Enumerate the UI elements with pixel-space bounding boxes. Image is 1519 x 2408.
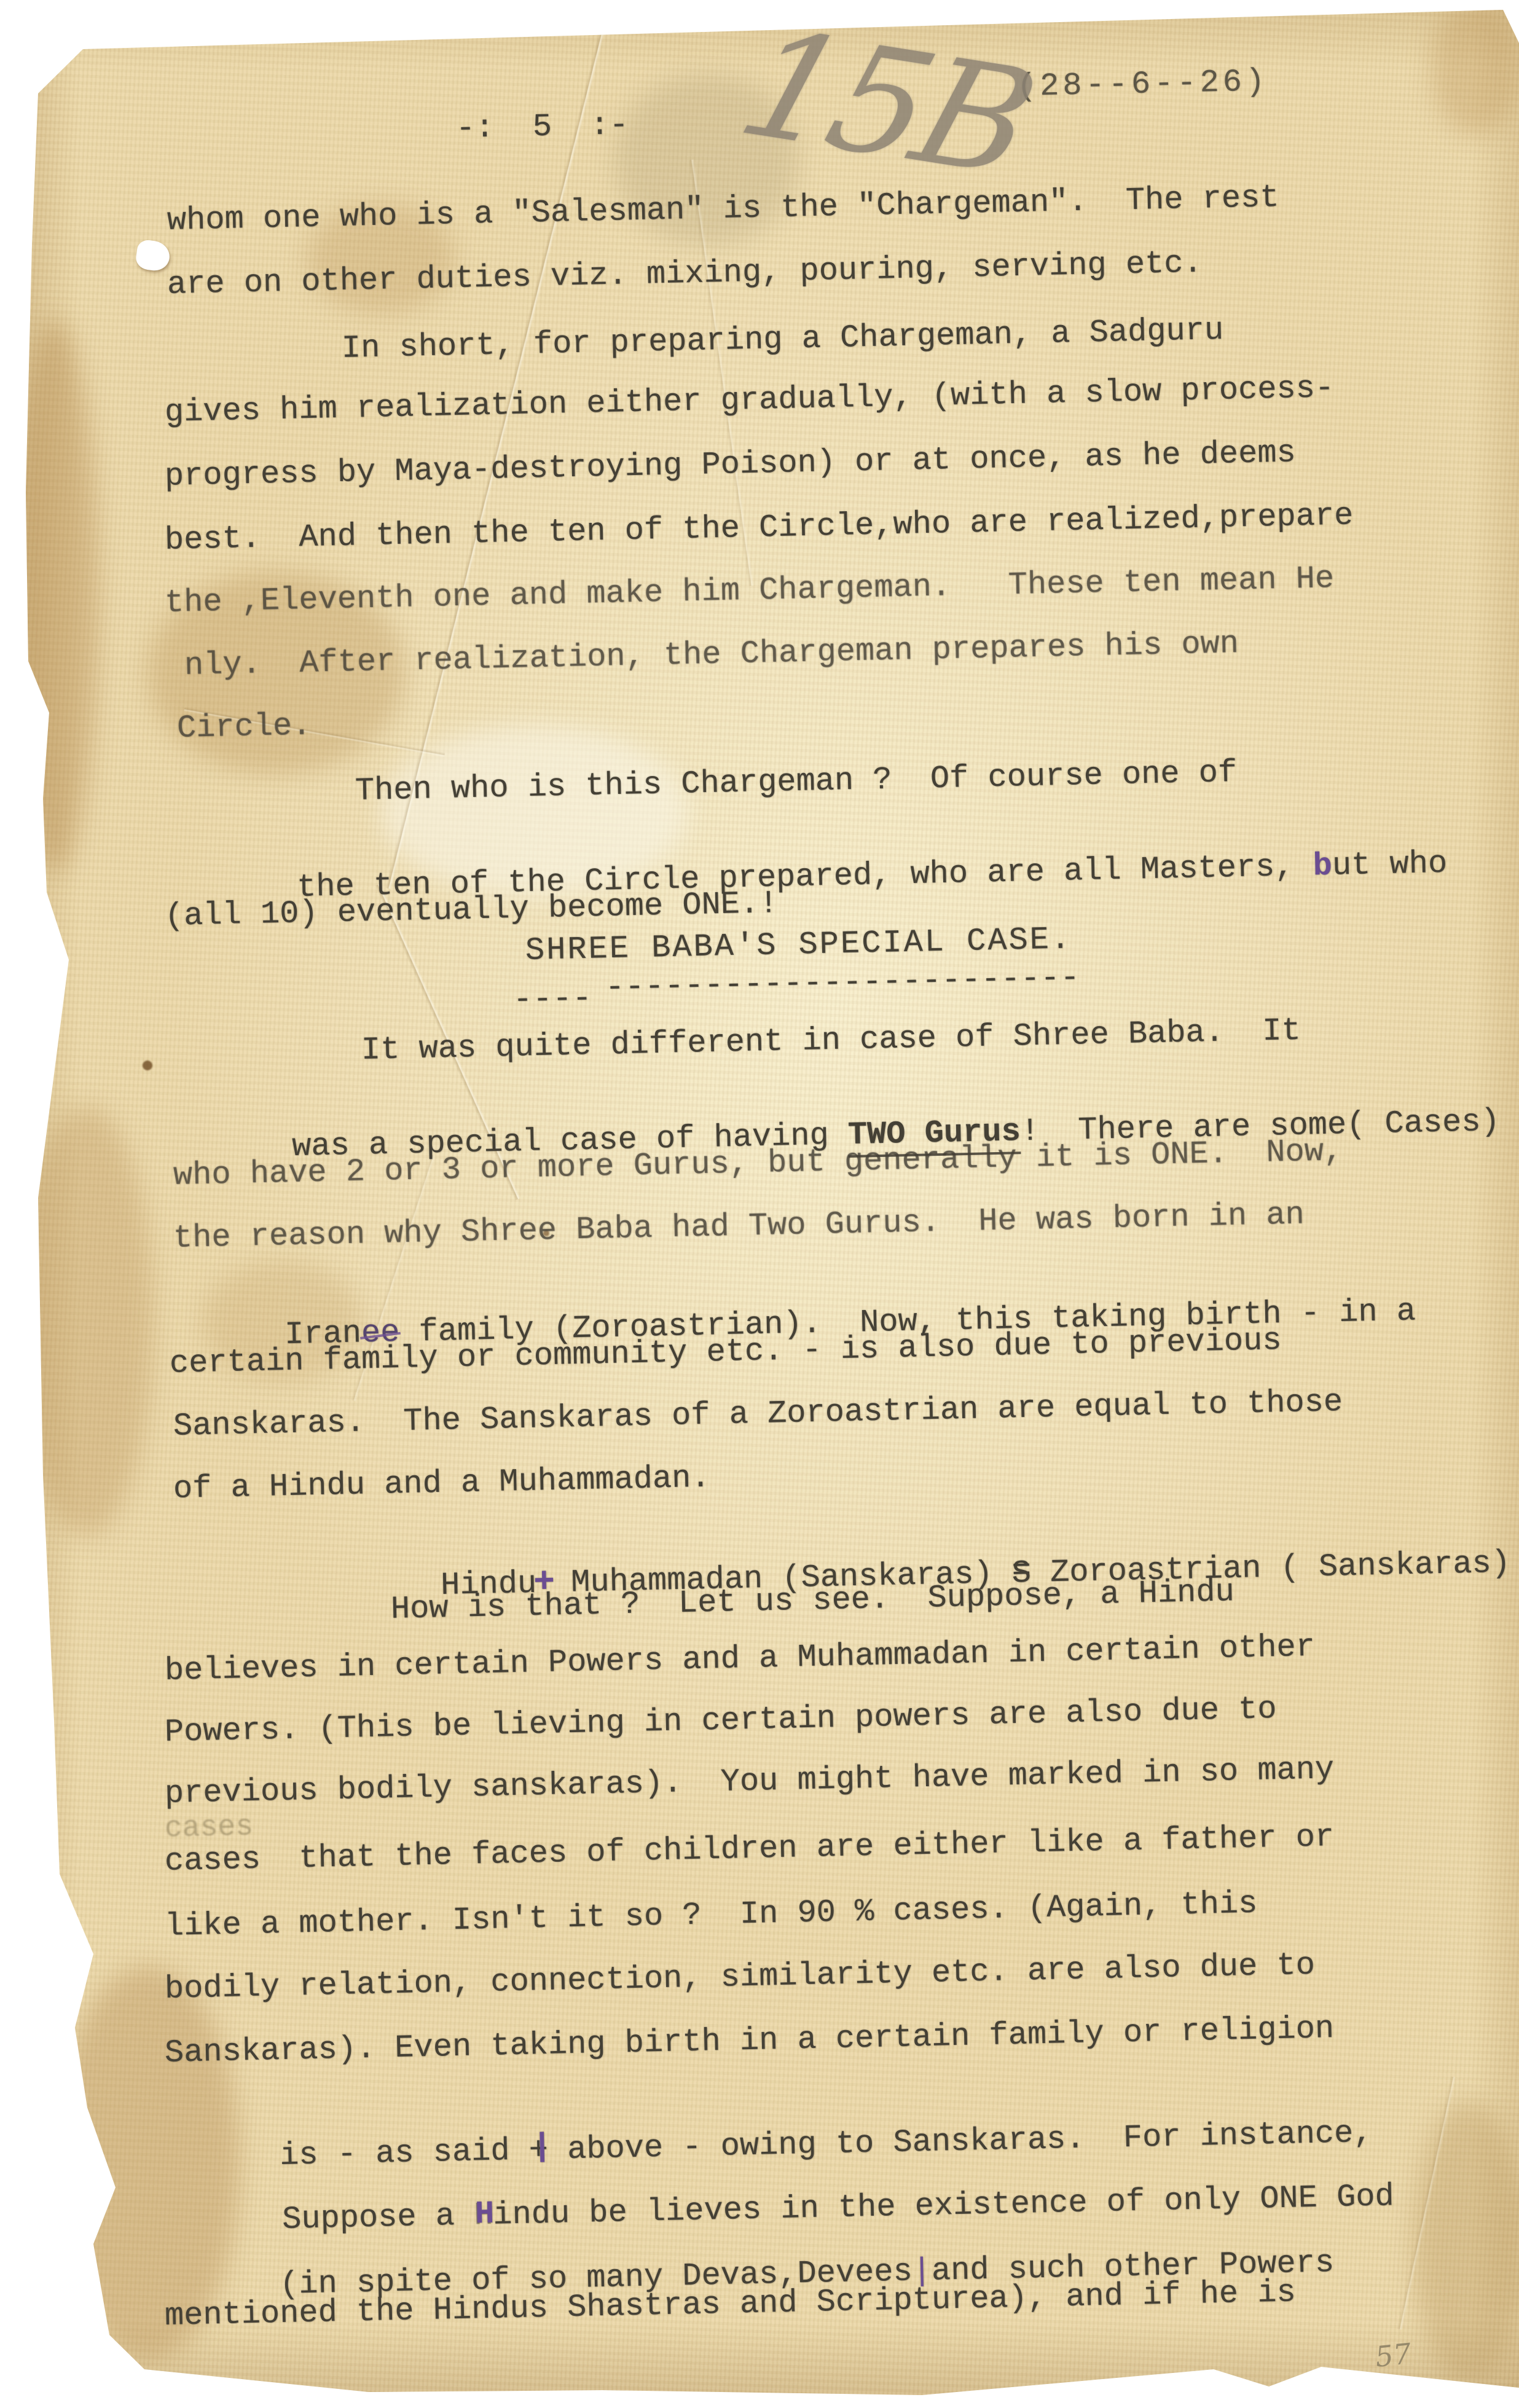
paper-stain	[1413, 2101, 1519, 2384]
paper-stain	[18, 1106, 154, 1536]
paper-hole	[135, 238, 171, 272]
typed-line: cases that the faces of children are eit…	[164, 1819, 1334, 1880]
typed-line: It was quite different in case of Shree …	[361, 1013, 1301, 1069]
line-text: ut who	[1332, 845, 1447, 884]
typed-line: Powers. (This be lieving in certain powe…	[164, 1691, 1277, 1751]
page-number: -: 5 :-	[455, 107, 629, 147]
typed-line: like a mother. Isn't it so ? In 90 % cas…	[164, 1886, 1258, 1945]
typed-line: gives him realization either gradually, …	[164, 370, 1334, 431]
typed-line: Sanskaras). Even taking birth in a certa…	[164, 2010, 1334, 2071]
typed-line: best. And then the ten of the Circle,who…	[164, 497, 1354, 559]
typed-line: Circle.	[176, 707, 312, 747]
typed-line: bodily relation, connection, similarity …	[164, 1947, 1315, 2007]
handwritten-folio-number: 57	[1373, 2337, 1413, 2374]
typed-line: of a Hindu and a Muhammadan.	[173, 1460, 710, 1507]
typed-line: Sanskaras. The Sanskaras of a Zoroastria…	[173, 1384, 1343, 1445]
purple-correction: b	[1313, 848, 1332, 885]
heading-underline: ------------------------	[605, 960, 1080, 1006]
paper-stain	[12, 320, 98, 873]
scanned-typescript-page: -: 5 :- (28--6--26) whom one who is a "S…	[0, 0, 1519, 2408]
typed-line: In short, for preparing a Chargeman, a S…	[341, 312, 1223, 367]
date-annotation: (28--6--26)	[1016, 63, 1268, 105]
paper-sheet: -: 5 :- (28--6--26) whom one who is a "S…	[0, 0, 1519, 2408]
ink-spot	[143, 1061, 152, 1070]
ghost-offset-word: cases	[164, 1810, 253, 1845]
typed-line: previous bodily sanskaras). You might ha…	[164, 1751, 1334, 1812]
heading-underline: ----	[512, 980, 592, 1018]
typed-line: the reason why Shree Baba had Two Gurus.…	[173, 1196, 1305, 1257]
paper-stain	[1432, 0, 1519, 135]
